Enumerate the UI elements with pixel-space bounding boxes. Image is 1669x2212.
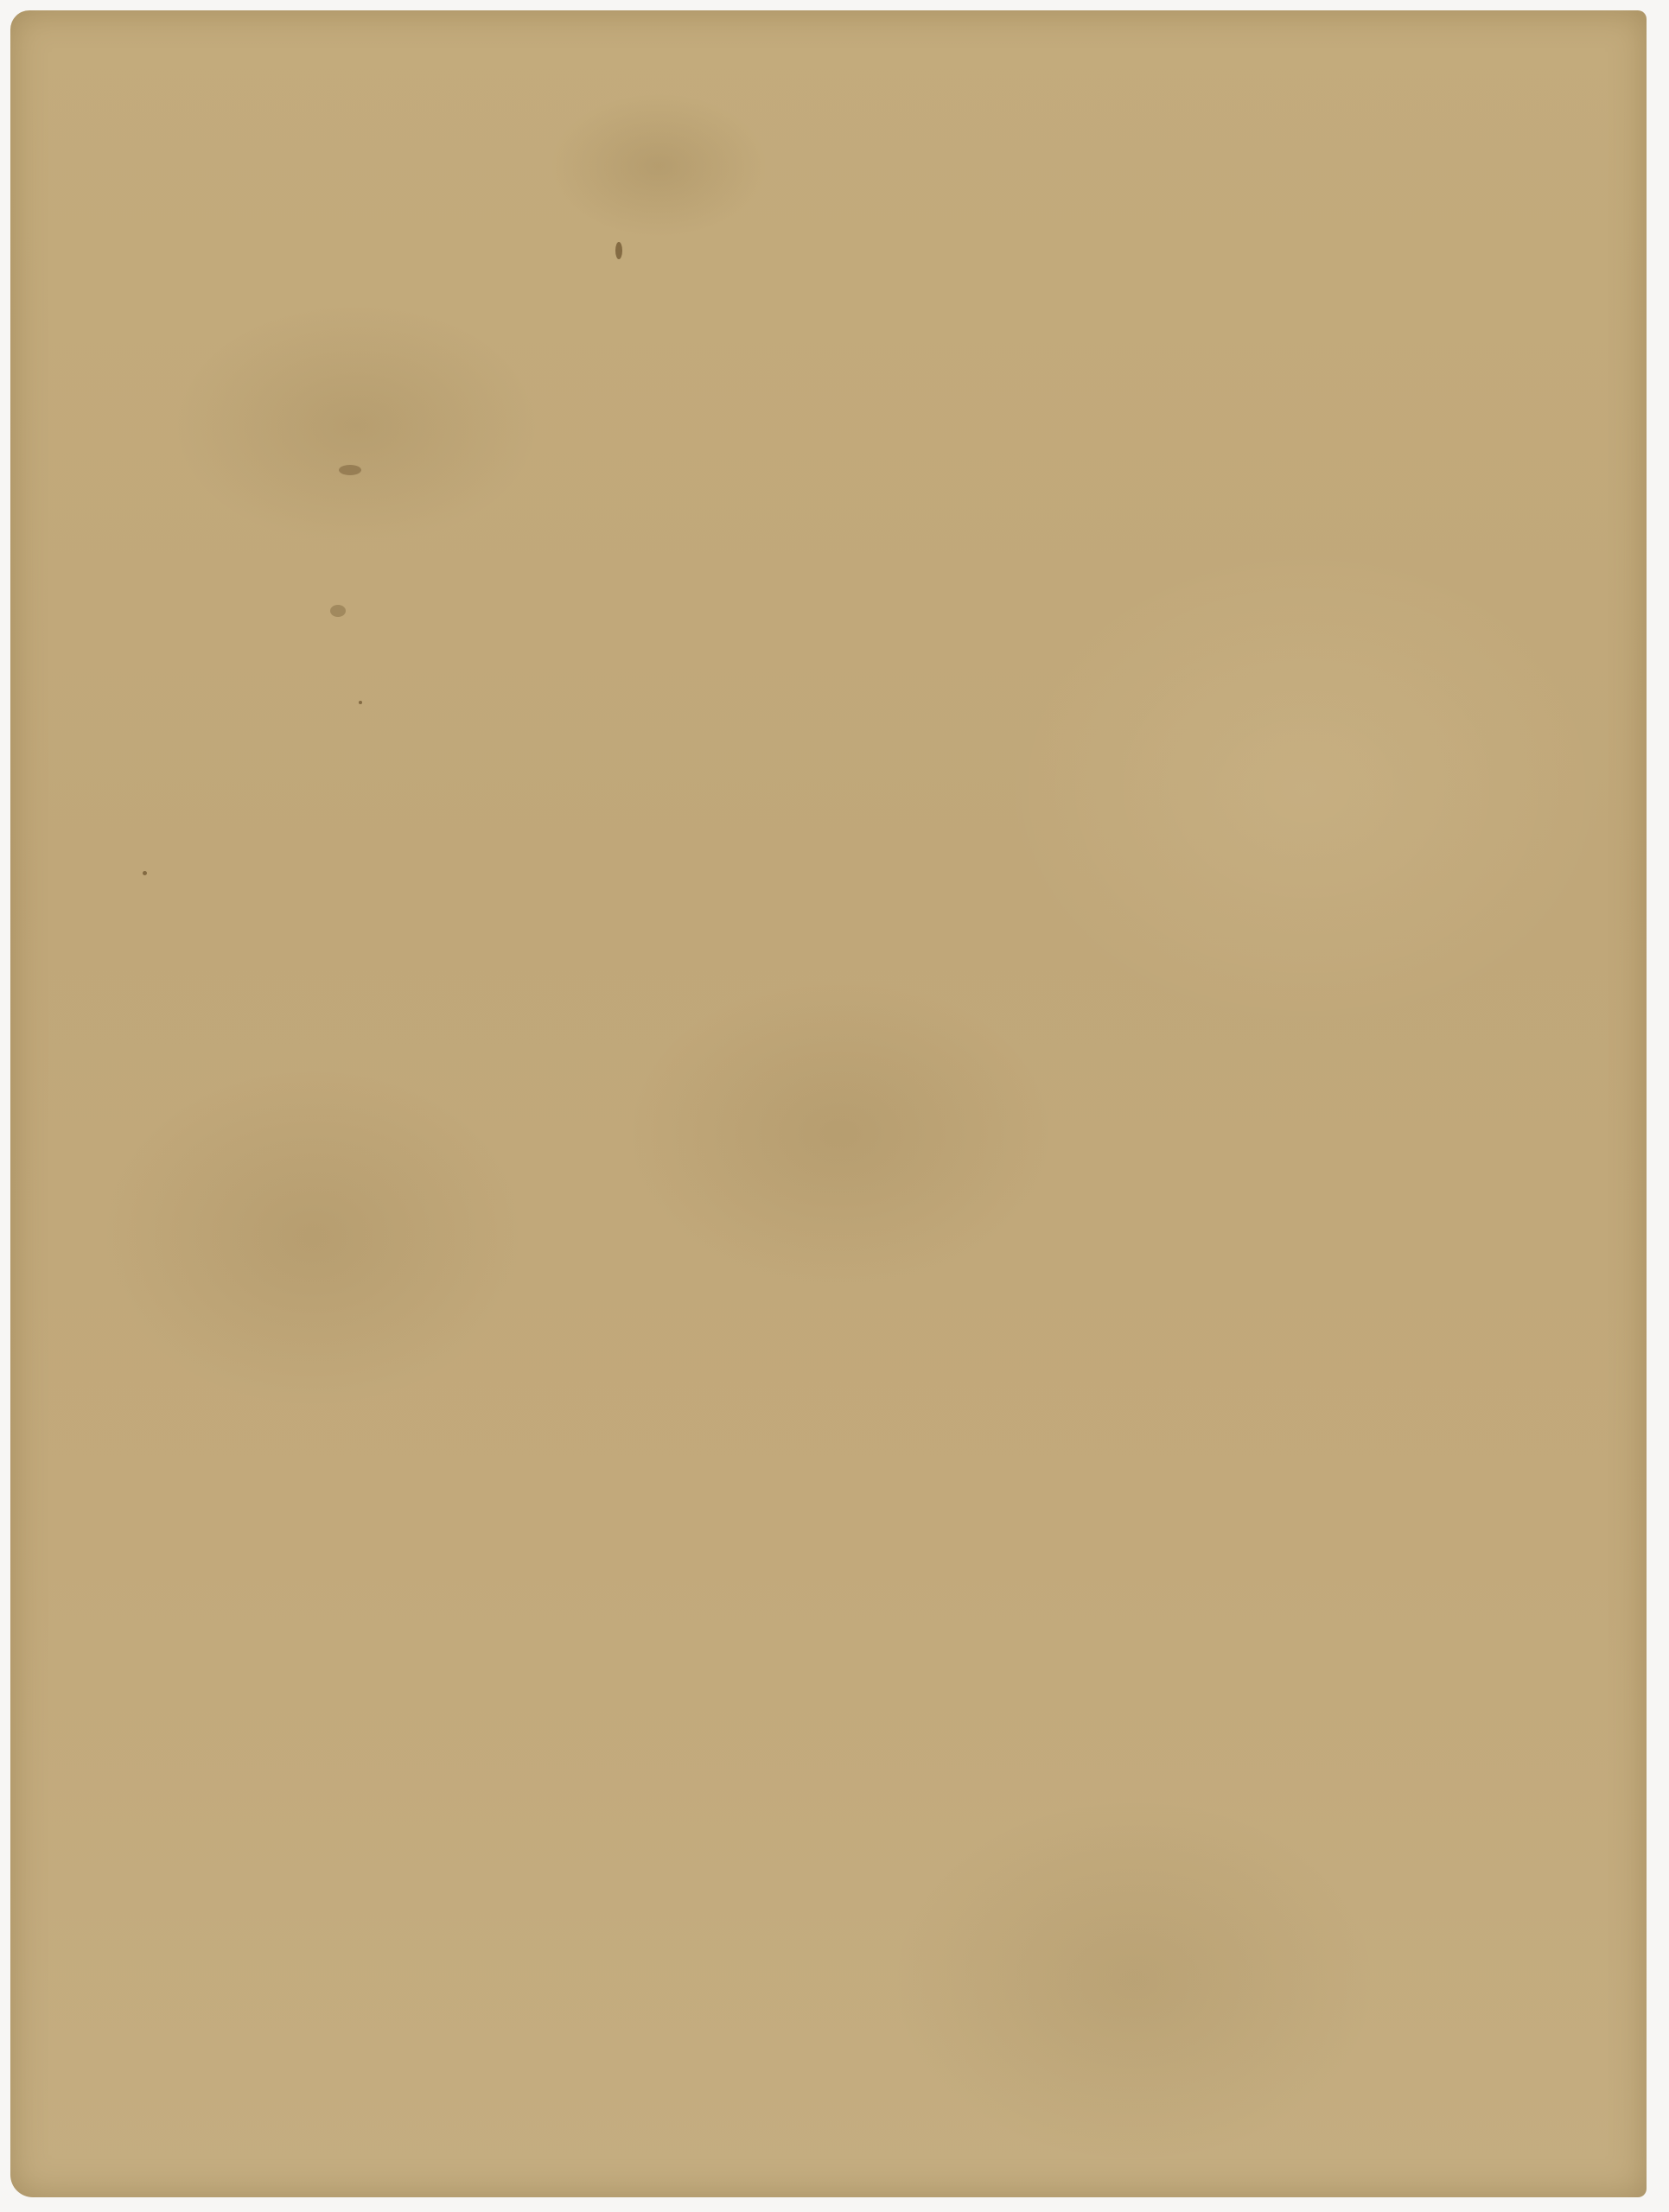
stain-spot: [339, 465, 361, 475]
pencil-mark: [1017, 1618, 1069, 1652]
stain-spot: [359, 701, 362, 704]
stain-spot: [143, 871, 147, 875]
stain-spot: [615, 242, 622, 259]
stain-spot: [330, 605, 346, 617]
paper-sheet: [10, 10, 1647, 2197]
